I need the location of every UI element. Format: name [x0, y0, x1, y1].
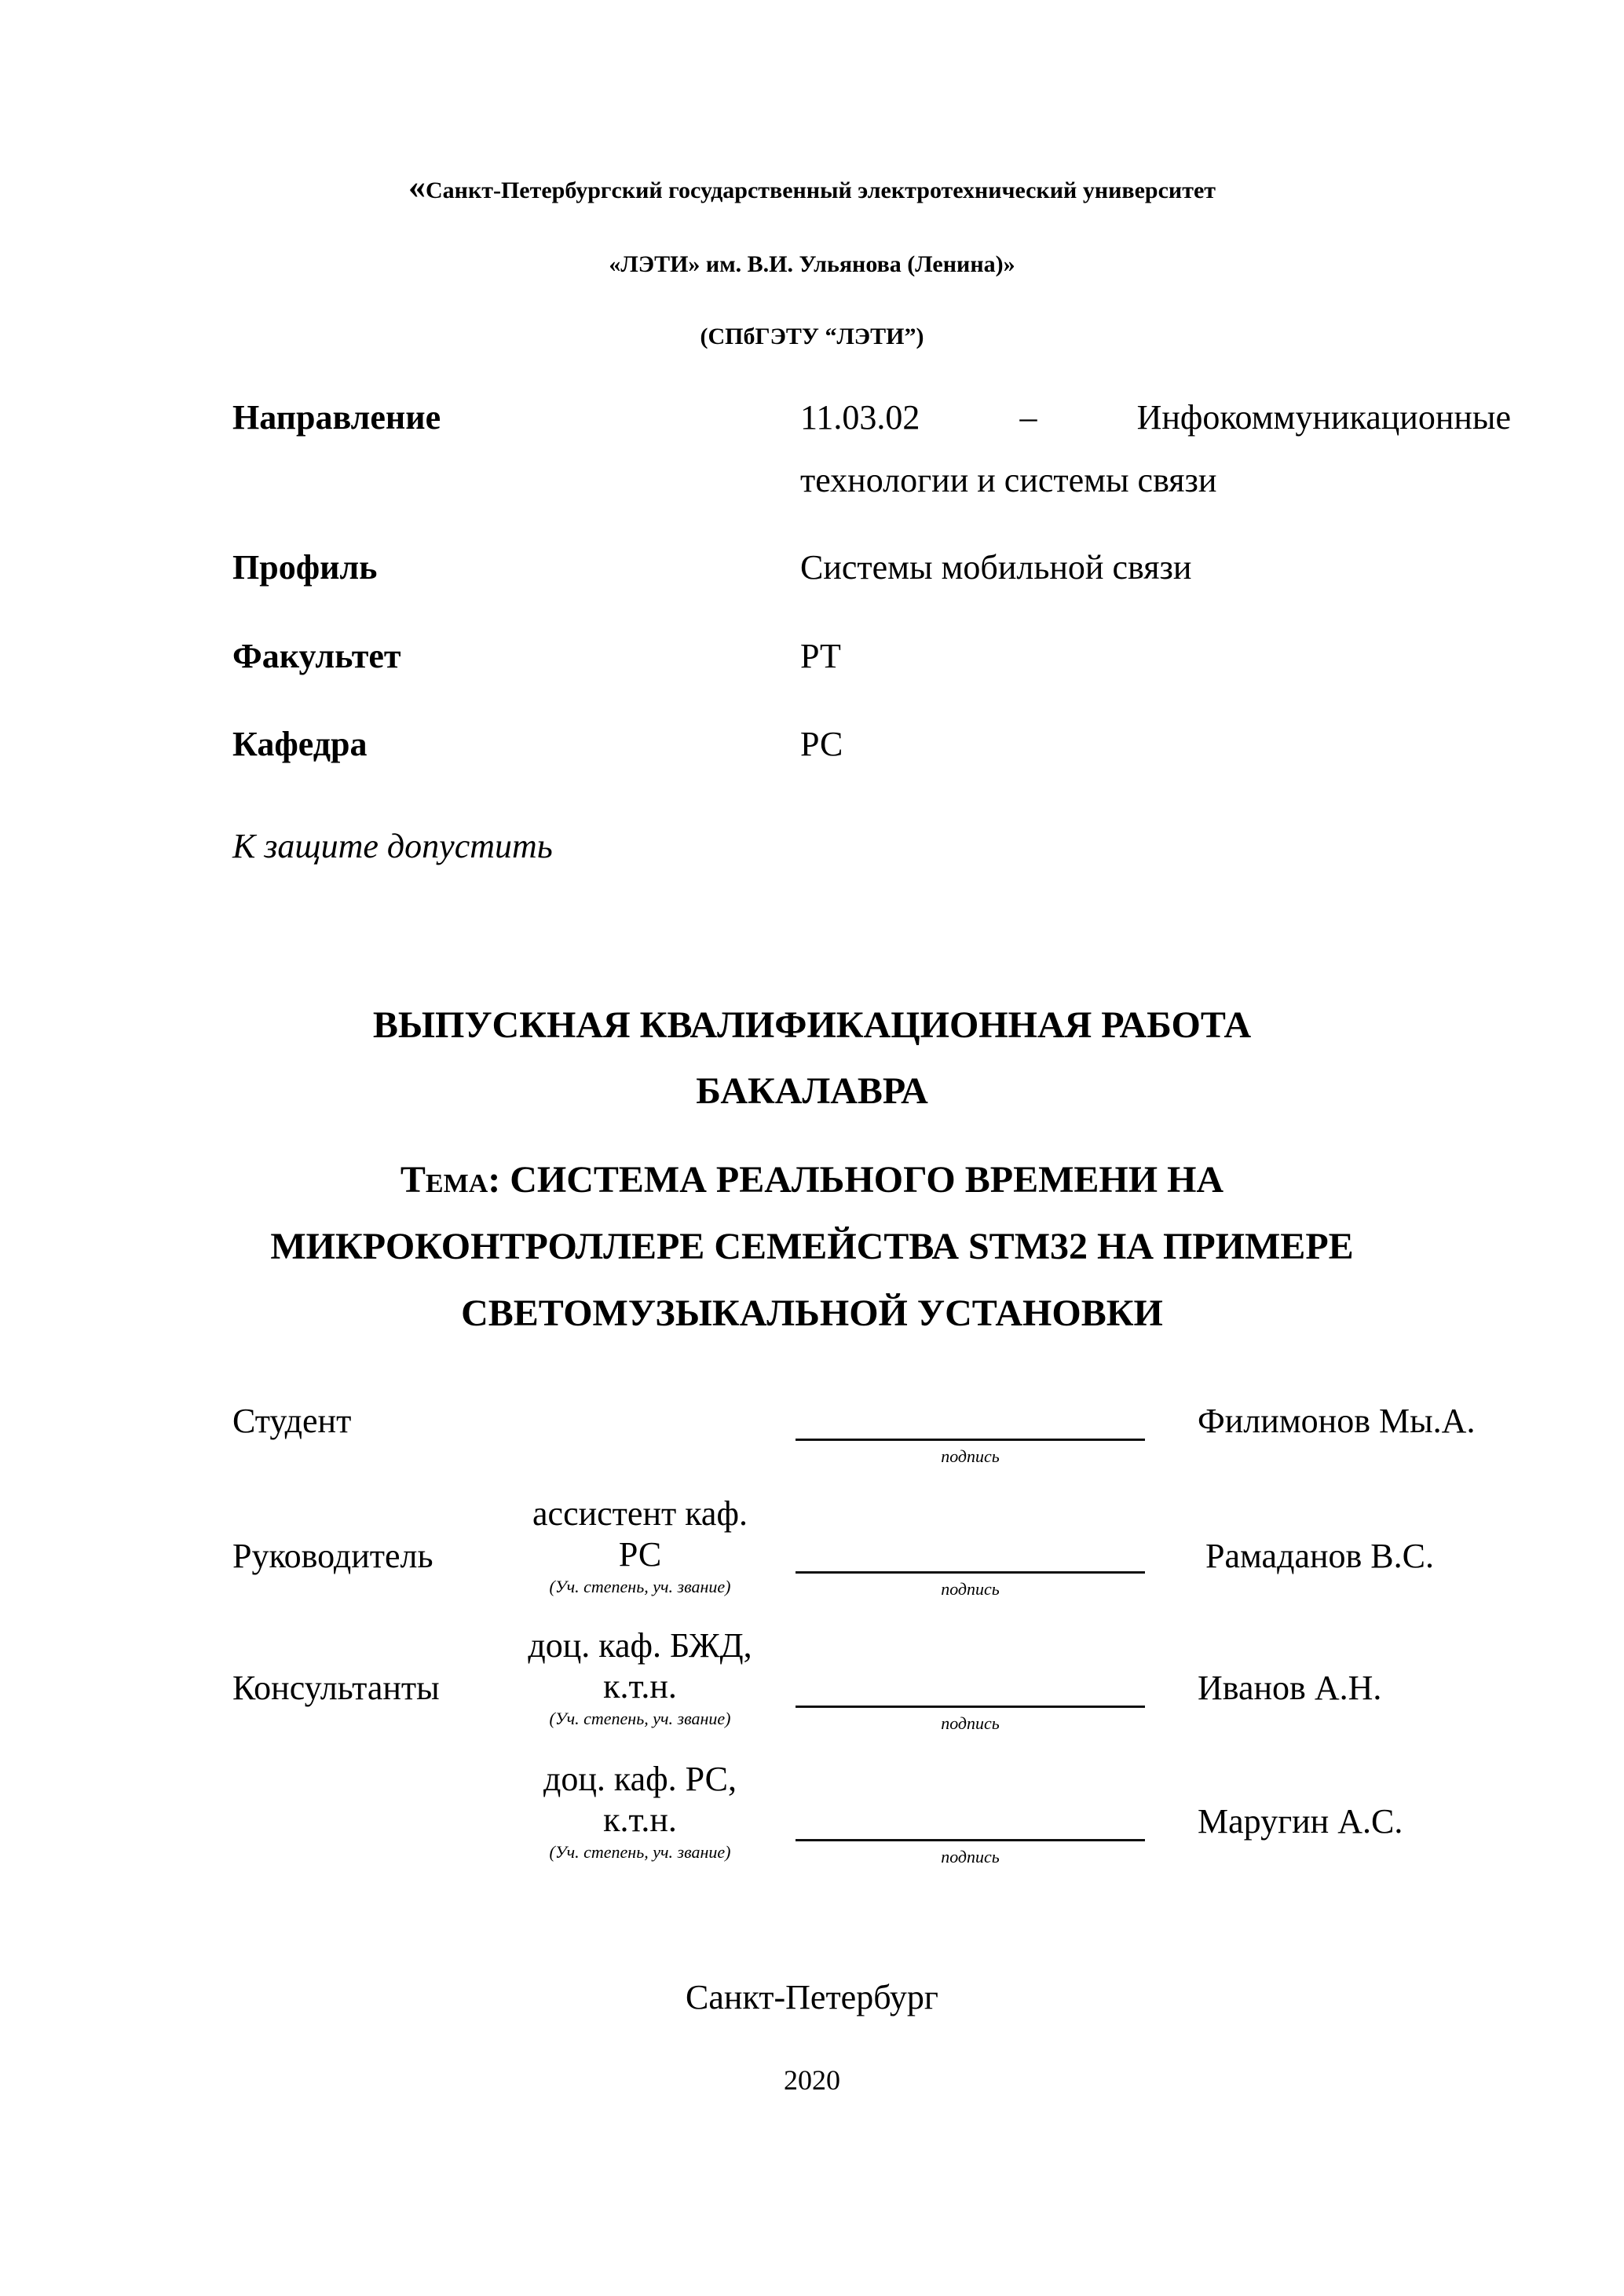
faculty-value: РТ [800, 636, 841, 676]
signature-name-consultant-2: Маругин А.С. [1198, 1801, 1403, 1841]
rank-line2: РС [495, 1534, 785, 1575]
signature-line-student [796, 1439, 1145, 1441]
rank-line2: к.т.н. [495, 1666, 785, 1707]
signature-role-student: Студент [232, 1401, 351, 1441]
signature-role-consultants: Консультанты [232, 1668, 440, 1708]
opening-quote: « [408, 167, 426, 206]
signature-line-supervisor [796, 1571, 1145, 1574]
university-name-line1: «Санкт-Петербургский государственный эле… [0, 166, 1624, 207]
rank-line1: доц. каф. РС, [495, 1759, 785, 1800]
rank-caption-consultant-1: (Уч. степень, уч. звание) [495, 1709, 785, 1729]
admit-to-defense-note: К защите допустить [232, 826, 553, 866]
work-title-line1: ВЫПУСКНАЯ КВАЛИФИКАЦИОННАЯ РАБОТА [0, 1004, 1624, 1047]
signature-rank-consultant-1: доц. каф. БЖД, к.т.н. [495, 1625, 785, 1707]
rank-line2: к.т.н. [495, 1800, 785, 1841]
direction-dash: – [1019, 397, 1037, 437]
signature-line-consultant-2 [796, 1839, 1145, 1841]
topic-prefix: Тема [401, 1159, 488, 1201]
topic-text-line1: СИСТЕМА РЕАЛЬНОГО ВРЕМЕНИ НА [510, 1159, 1223, 1201]
university-name-line2: «ЛЭТИ» им. В.И. Ульянова (Ленина)» [0, 251, 1624, 278]
direction-name-word: Инфокоммуникационные [1137, 397, 1511, 437]
direction-code: 11.03.02 [800, 397, 920, 437]
topic-line3: СВЕТОМУЗЫКАЛЬНОЙ УСТАНОВКИ [0, 1292, 1624, 1335]
signature-caption-supervisor: подпись [796, 1579, 1145, 1600]
rank-line1: доц. каф. БЖД, [495, 1625, 785, 1666]
direction-label: Направление [232, 397, 441, 437]
direction-value-line1: 11.03.02 – Инфокоммуникационные [800, 397, 1511, 437]
university-name: Санкт-Петербургский государственный элек… [426, 177, 1216, 203]
signature-role-supervisor: Руководитель [232, 1536, 433, 1576]
direction-value-line2: технологии и системы связи [800, 460, 1216, 500]
profile-value: Системы мобильной связи [800, 547, 1191, 587]
year: 2020 [0, 2064, 1624, 2097]
signature-caption-consultant-1: подпись [796, 1713, 1145, 1734]
university-short-name: (СПбГЭТУ “ЛЭТИ”) [0, 324, 1624, 350]
signature-caption-consultant-2: подпись [796, 1847, 1145, 1867]
department-label: Кафедра [232, 724, 367, 764]
rank-caption-consultant-2: (Уч. степень, уч. звание) [495, 1842, 785, 1863]
rank-caption-supervisor: (Уч. степень, уч. звание) [495, 1577, 785, 1597]
faculty-label: Факультет [232, 636, 401, 676]
signature-name-supervisor: Рамаданов В.С. [1205, 1536, 1434, 1576]
signature-name-student: Филимонов Мы.А. [1198, 1401, 1475, 1441]
signature-line-consultant-1 [796, 1706, 1145, 1708]
topic-line1: Тема: СИСТЕМА РЕАЛЬНОГО ВРЕМЕНИ НА [0, 1158, 1624, 1201]
signature-name-consultant-1: Иванов А.Н. [1198, 1668, 1381, 1708]
signature-rank-consultant-2: доц. каф. РС, к.т.н. [495, 1759, 785, 1841]
department-value: РС [800, 724, 843, 764]
topic-colon: : [488, 1159, 500, 1201]
profile-label: Профиль [232, 547, 377, 587]
work-title-line2: БАКАЛАВРА [0, 1069, 1624, 1113]
topic-line2: МИКРОКОНТРОЛЛЕРЕ СЕМЕЙСТВА STM32 НА ПРИМ… [0, 1225, 1624, 1268]
signature-rank-supervisor: ассистент каф. РС [495, 1493, 785, 1575]
signature-caption-student: подпись [796, 1446, 1145, 1467]
rank-line1: ассистент каф. [495, 1493, 785, 1534]
city: Санкт-Петербург [0, 1977, 1624, 2017]
